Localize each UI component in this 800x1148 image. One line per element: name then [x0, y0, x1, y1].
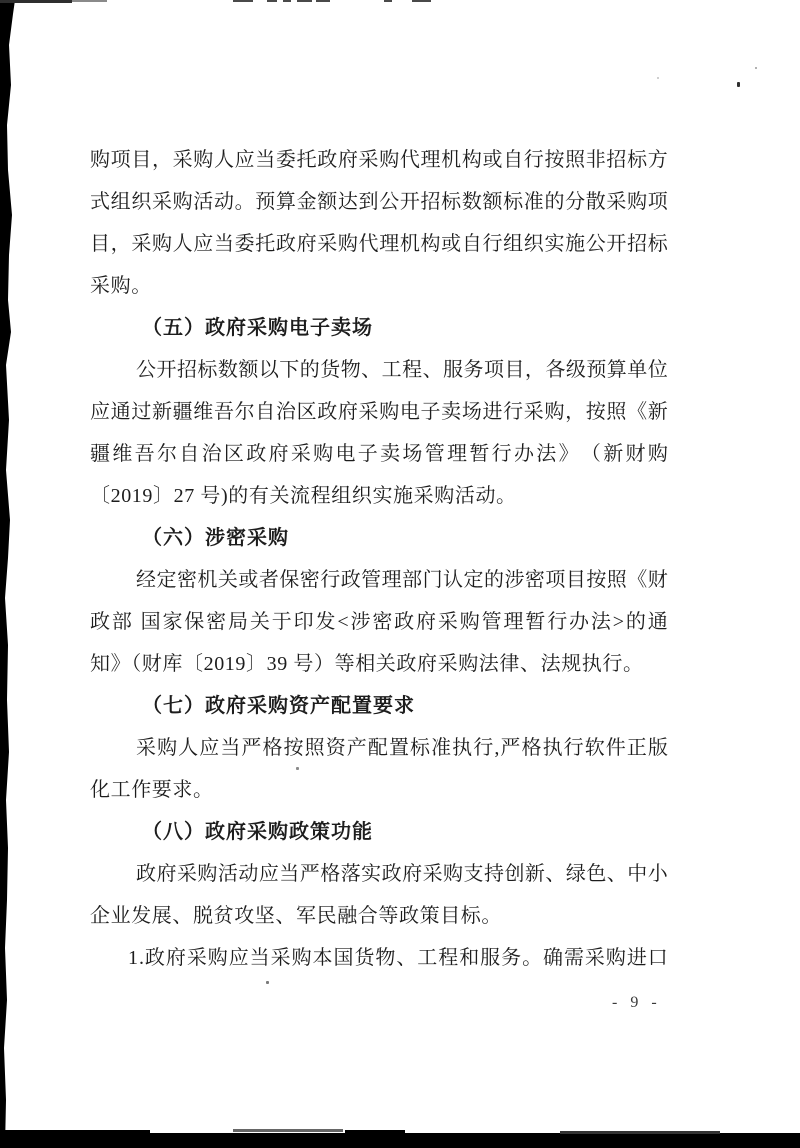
dust-speck [755, 67, 757, 69]
dust-speck [737, 82, 740, 87]
scan-edge-bottom [0, 1133, 800, 1148]
text-line: 〔2019〕27 号)的有关流程组织实施采购活动。 [90, 475, 668, 517]
text-line: 政部 国家保密局关于印发<涉密政府采购管理暂行办法>的通 [90, 601, 668, 643]
scan-dash [384, 0, 392, 2]
text-line: 采购。 [90, 265, 668, 307]
text-line: 化工作要求。 [90, 769, 668, 811]
text-line: 购项目，采购人应当委托政府采购代理机构或自行按照非招标方 [90, 139, 668, 181]
scan-dash [297, 0, 312, 2]
scan-dash [267, 0, 277, 2]
scan-edge-top [0, 0, 72, 3]
text-line: 1.政府采购应当采购本国货物、工程和服务。确需采购进口 [90, 937, 668, 979]
scan-edge-bottom-step [345, 1130, 405, 1134]
section-heading: （五）政府采购电子卖场 [90, 307, 668, 349]
text-line: 采购人应当严格按照资产配置标准执行,严格执行软件正版 [90, 727, 668, 769]
scanned-document-page: { "page": { "number_label": "- 9 -" }, "… [0, 0, 800, 1148]
dust-speck [266, 981, 269, 984]
section-heading: （六）涉密采购 [90, 517, 668, 559]
scan-dash [316, 0, 330, 2]
scan-dash [283, 0, 291, 2]
text-line: 疆维吾尔自治区政府采购电子卖场管理暂行办法》（新财购 [90, 433, 668, 475]
text-line: 经定密机关或者保密行政管理部门认定的涉密项目按照《财 [90, 559, 668, 601]
text-line: 公开招标数额以下的货物、工程、服务项目，各级预算单位 [90, 349, 668, 391]
text-line: 应通过新疆维吾尔自治区政府采购电子卖场进行采购，按照《新 [90, 391, 668, 433]
dust-speck [657, 77, 659, 79]
scan-edge-top-fade [72, 0, 107, 2]
scan-edge-left [0, 0, 18, 1148]
scan-edge-bottom-step [0, 1130, 150, 1134]
document-body: 购项目，采购人应当委托政府采购代理机构或自行按照非招标方式组织采购活动。预算金额… [90, 139, 668, 979]
section-heading: （八）政府采购政策功能 [90, 811, 668, 853]
scan-edge-bottom-step [233, 1129, 343, 1132]
scan-edge-bottom-step [560, 1131, 720, 1134]
text-line: 目，采购人应当委托政府采购代理机构或自行组织实施公开招标 [90, 223, 668, 265]
page-number: - 9 - [612, 994, 682, 1012]
text-line: 政府采购活动应当严格落实政府采购支持创新、绿色、中小 [90, 853, 668, 895]
text-line: 知》（财库〔2019〕39 号）等相关政府采购法律、法规执行。 [90, 643, 668, 685]
scan-dash [233, 0, 253, 2]
section-heading: （七）政府采购资产配置要求 [90, 685, 668, 727]
text-line: 式组织采购活动。预算金额达到公开招标数额标准的分散采购项 [90, 181, 668, 223]
scan-dash [412, 0, 431, 2]
text-line: 企业发展、脱贫攻坚、军民融合等政策目标。 [90, 895, 668, 937]
